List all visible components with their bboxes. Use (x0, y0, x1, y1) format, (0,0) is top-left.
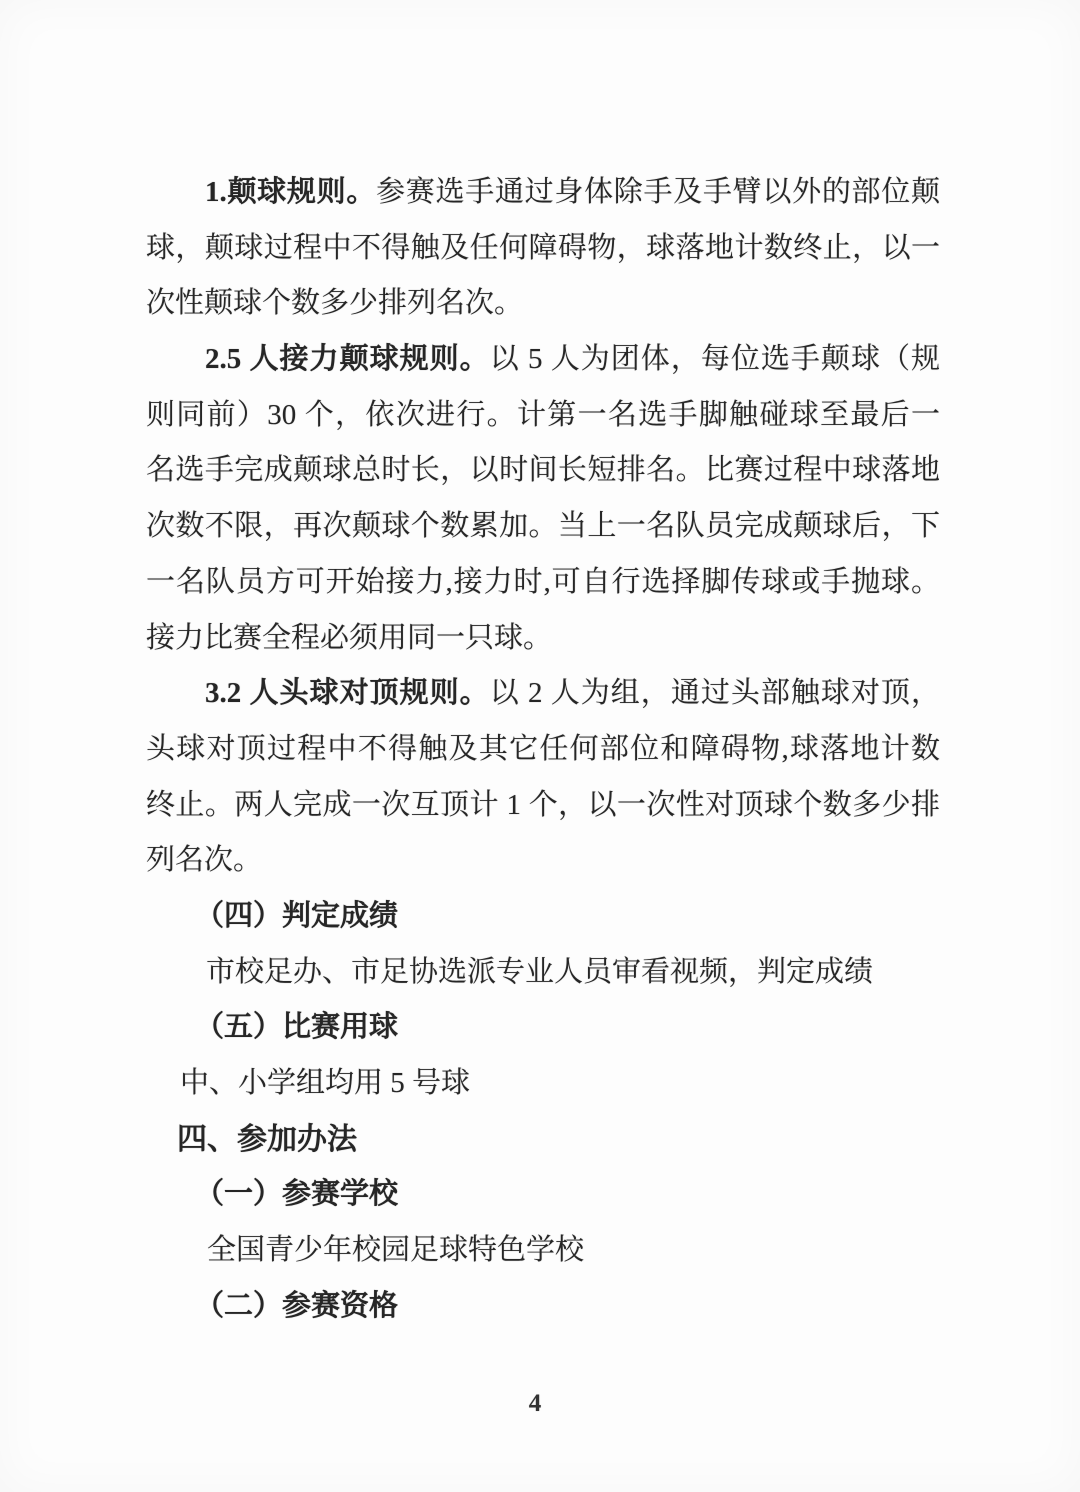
line-text: 头球对顶过程中不得触及其它任何部位和障碍物,球落地计数 (146, 733, 940, 765)
paragraph-line: 次数不限，再次颠球个数累加。当上一名队员完成颠球后，下 (146, 499, 940, 555)
paragraph-line: 列名次。 (146, 833, 940, 889)
paragraph-line: 名选手完成颠球总时长，以时间长短排名。比赛过程中球落地 (146, 443, 940, 499)
line-text: 以 5 人为团体，每位选手颠球（规 (490, 343, 940, 375)
line-text: 以 2 人为组，通过头部触球对顶， (490, 677, 940, 709)
paragraph-line: 球，颠球过程中不得触及任何障碍物，球落地计数终止，以一 (146, 221, 940, 277)
paragraph-line: 接力比赛全程必须用同一只球。 (146, 611, 940, 667)
paragraph-line: 则同前）30 个，依次进行。计第一名选手脚触碰球至最后一 (146, 388, 940, 444)
rule-number-bold: 3.2 人头球对顶规则。 (205, 677, 490, 709)
line-text: 名选手完成颠球总时长，以时间长短排名。比赛过程中球落地 (146, 454, 940, 486)
line-text: 参赛选手通过身体除手及手臂以外的部位颠 (376, 176, 940, 208)
line-text: 球，颠球过程中不得触及任何障碍物，球落地计数终止，以一 (146, 232, 940, 264)
rule-number-bold: 1.颠球规则。 (205, 176, 376, 208)
line-text: 则同前）30 个，依次进行。计第一名选手脚触碰球至最后一 (146, 399, 940, 431)
line-text: 列名次。 (146, 844, 262, 876)
line-text: 终止。两人完成一次互顶计 1 个，以一次性对顶球个数多少排 (146, 789, 940, 821)
section-heading: 四、参加办法 (177, 1112, 940, 1168)
paragraph-line: 次性颠球个数多少排列名次。 (146, 276, 940, 332)
line-text: 接力比赛全程必须用同一只球。 (146, 622, 552, 654)
paragraph-line: 中、小学组均用 5 号球 (180, 1056, 940, 1112)
paragraph-line: 终止。两人完成一次互顶计 1 个，以一次性对顶球个数多少排 (146, 778, 940, 834)
paragraph-line: 1.颠球规则。参赛选手通过身体除手及手臂以外的部位颠 (146, 165, 940, 221)
line-text: 全国青少年校园足球特色学校 (207, 1234, 584, 1266)
paragraph-line: 全国青少年校园足球特色学校 (207, 1223, 940, 1279)
paragraph-line: 市校足办、市足协选派专业人员审看视频，判定成绩 (206, 945, 940, 1001)
heading-text: （一）参赛学校 (195, 1178, 398, 1210)
heading-text: （二）参赛资格 (195, 1290, 398, 1322)
line-text: 一名队员方可开始接力,接力时,可自行选择脚传球或手抛球。 (146, 566, 940, 598)
paragraph-line: 一名队员方可开始接力,接力时,可自行选择脚传球或手抛球。 (146, 555, 940, 611)
paragraph-line: 2.5 人接力颠球规则。以 5 人为团体，每位选手颠球（规 (146, 332, 940, 388)
line-text: 中、小学组均用 5 号球 (180, 1067, 470, 1099)
line-text: 次性颠球个数多少排列名次。 (146, 287, 523, 319)
heading-text: （五）比赛用球 (195, 1011, 398, 1043)
subsection-heading: （五）比赛用球 (195, 1000, 940, 1056)
subsection-heading: （四）判定成绩 (195, 889, 940, 945)
line-text: 市校足办、市足协选派专业人员审看视频，判定成绩 (206, 956, 873, 988)
heading-text: 四、参加办法 (177, 1123, 357, 1156)
rule-number-bold: 2.5 人接力颠球规则。 (205, 343, 490, 375)
subsection-heading: （一）参赛学校 (195, 1167, 940, 1223)
paragraph-line: 头球对顶过程中不得触及其它任何部位和障碍物,球落地计数 (146, 722, 940, 778)
subsection-heading: （二）参赛资格 (195, 1279, 940, 1335)
paragraph-line: 3.2 人头球对顶规则。以 2 人为组，通过头部触球对顶， (146, 666, 940, 722)
heading-text: （四）判定成绩 (195, 900, 398, 932)
line-text: 次数不限，再次颠球个数累加。当上一名队员完成颠球后，下 (146, 510, 940, 542)
document-body: 1.颠球规则。参赛选手通过身体除手及手臂以外的部位颠 球，颠球过程中不得触及任何… (146, 165, 940, 1334)
page-number: 4 (0, 1390, 1070, 1418)
document-page: 1.颠球规则。参赛选手通过身体除手及手臂以外的部位颠 球，颠球过程中不得触及任何… (0, 0, 1080, 1492)
